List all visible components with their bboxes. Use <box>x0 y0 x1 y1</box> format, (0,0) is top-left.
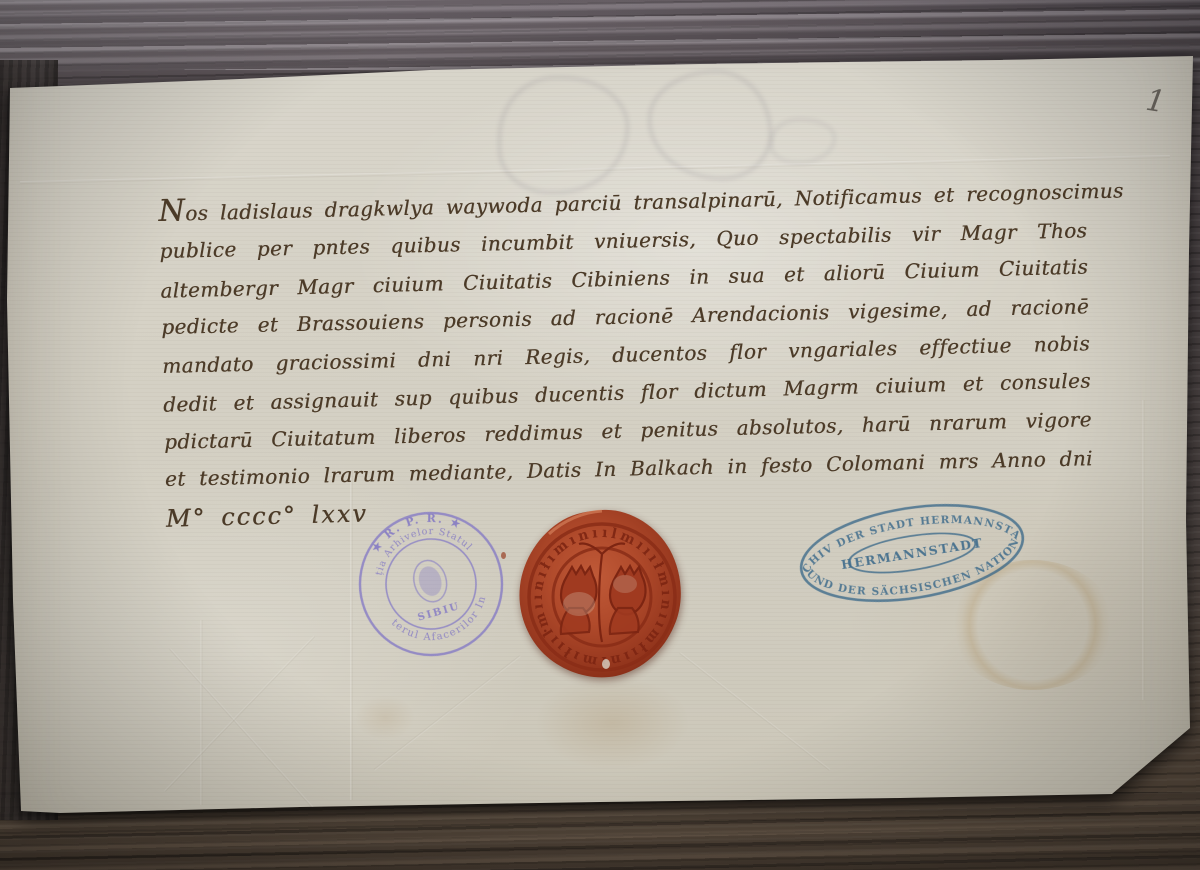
photo-scene: 1 Nos ladislaus dragkwlya waywoda parciū… <box>0 0 1200 870</box>
wax-seal: ılmıııłmınıımłıınımıłııŀmıınıłımınıımłın… <box>509 504 695 690</box>
wax-bloom <box>613 575 637 593</box>
stamp-bottom-arc-text: terul Afacerilor In <box>387 591 497 655</box>
svg-text:terul Afacerilor In: terul Afacerilor In <box>387 591 497 655</box>
paper-shadow: 1 Nos ladislaus dragkwlya waywoda parciū… <box>0 0 1200 870</box>
paper-crease <box>200 620 203 805</box>
document-paper: 1 Nos ladislaus dragkwlya waywoda parciū… <box>0 0 1200 870</box>
wax-chip <box>602 659 610 669</box>
stamp-city-label: SIBIU <box>417 601 462 624</box>
wax-bloom <box>563 592 595 616</box>
archive-emblem: SIBIU ★ R. P. R. ★ ția Arhivelor Statul … <box>361 500 498 655</box>
paper-crease <box>1142 400 1145 700</box>
